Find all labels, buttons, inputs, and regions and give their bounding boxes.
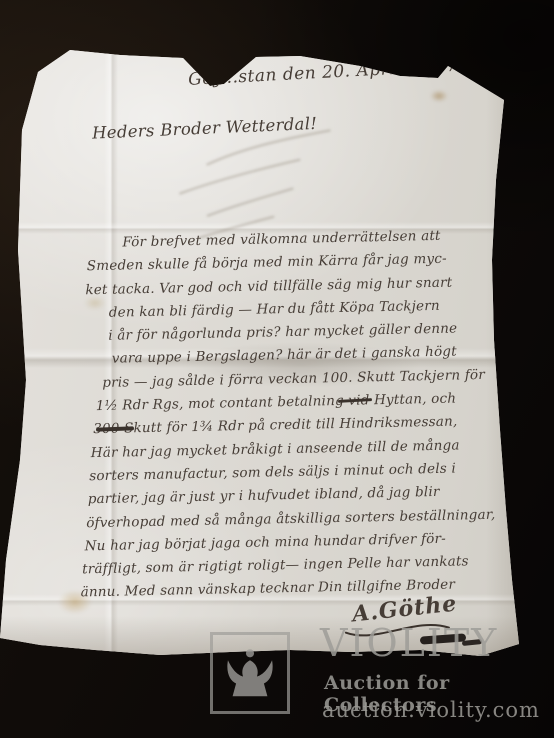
paper-stain (430, 90, 448, 102)
letter-body: För brefvet med välkomna underrättelsen … (82, 224, 498, 605)
letter-paper: Gey...stan den 20. Aprill 1837, Heders B… (0, 0, 554, 738)
ink-blot (420, 633, 466, 644)
ink-blot (462, 639, 482, 646)
photo: Gey...stan den 20. Aprill 1837, Heders B… (0, 0, 554, 738)
